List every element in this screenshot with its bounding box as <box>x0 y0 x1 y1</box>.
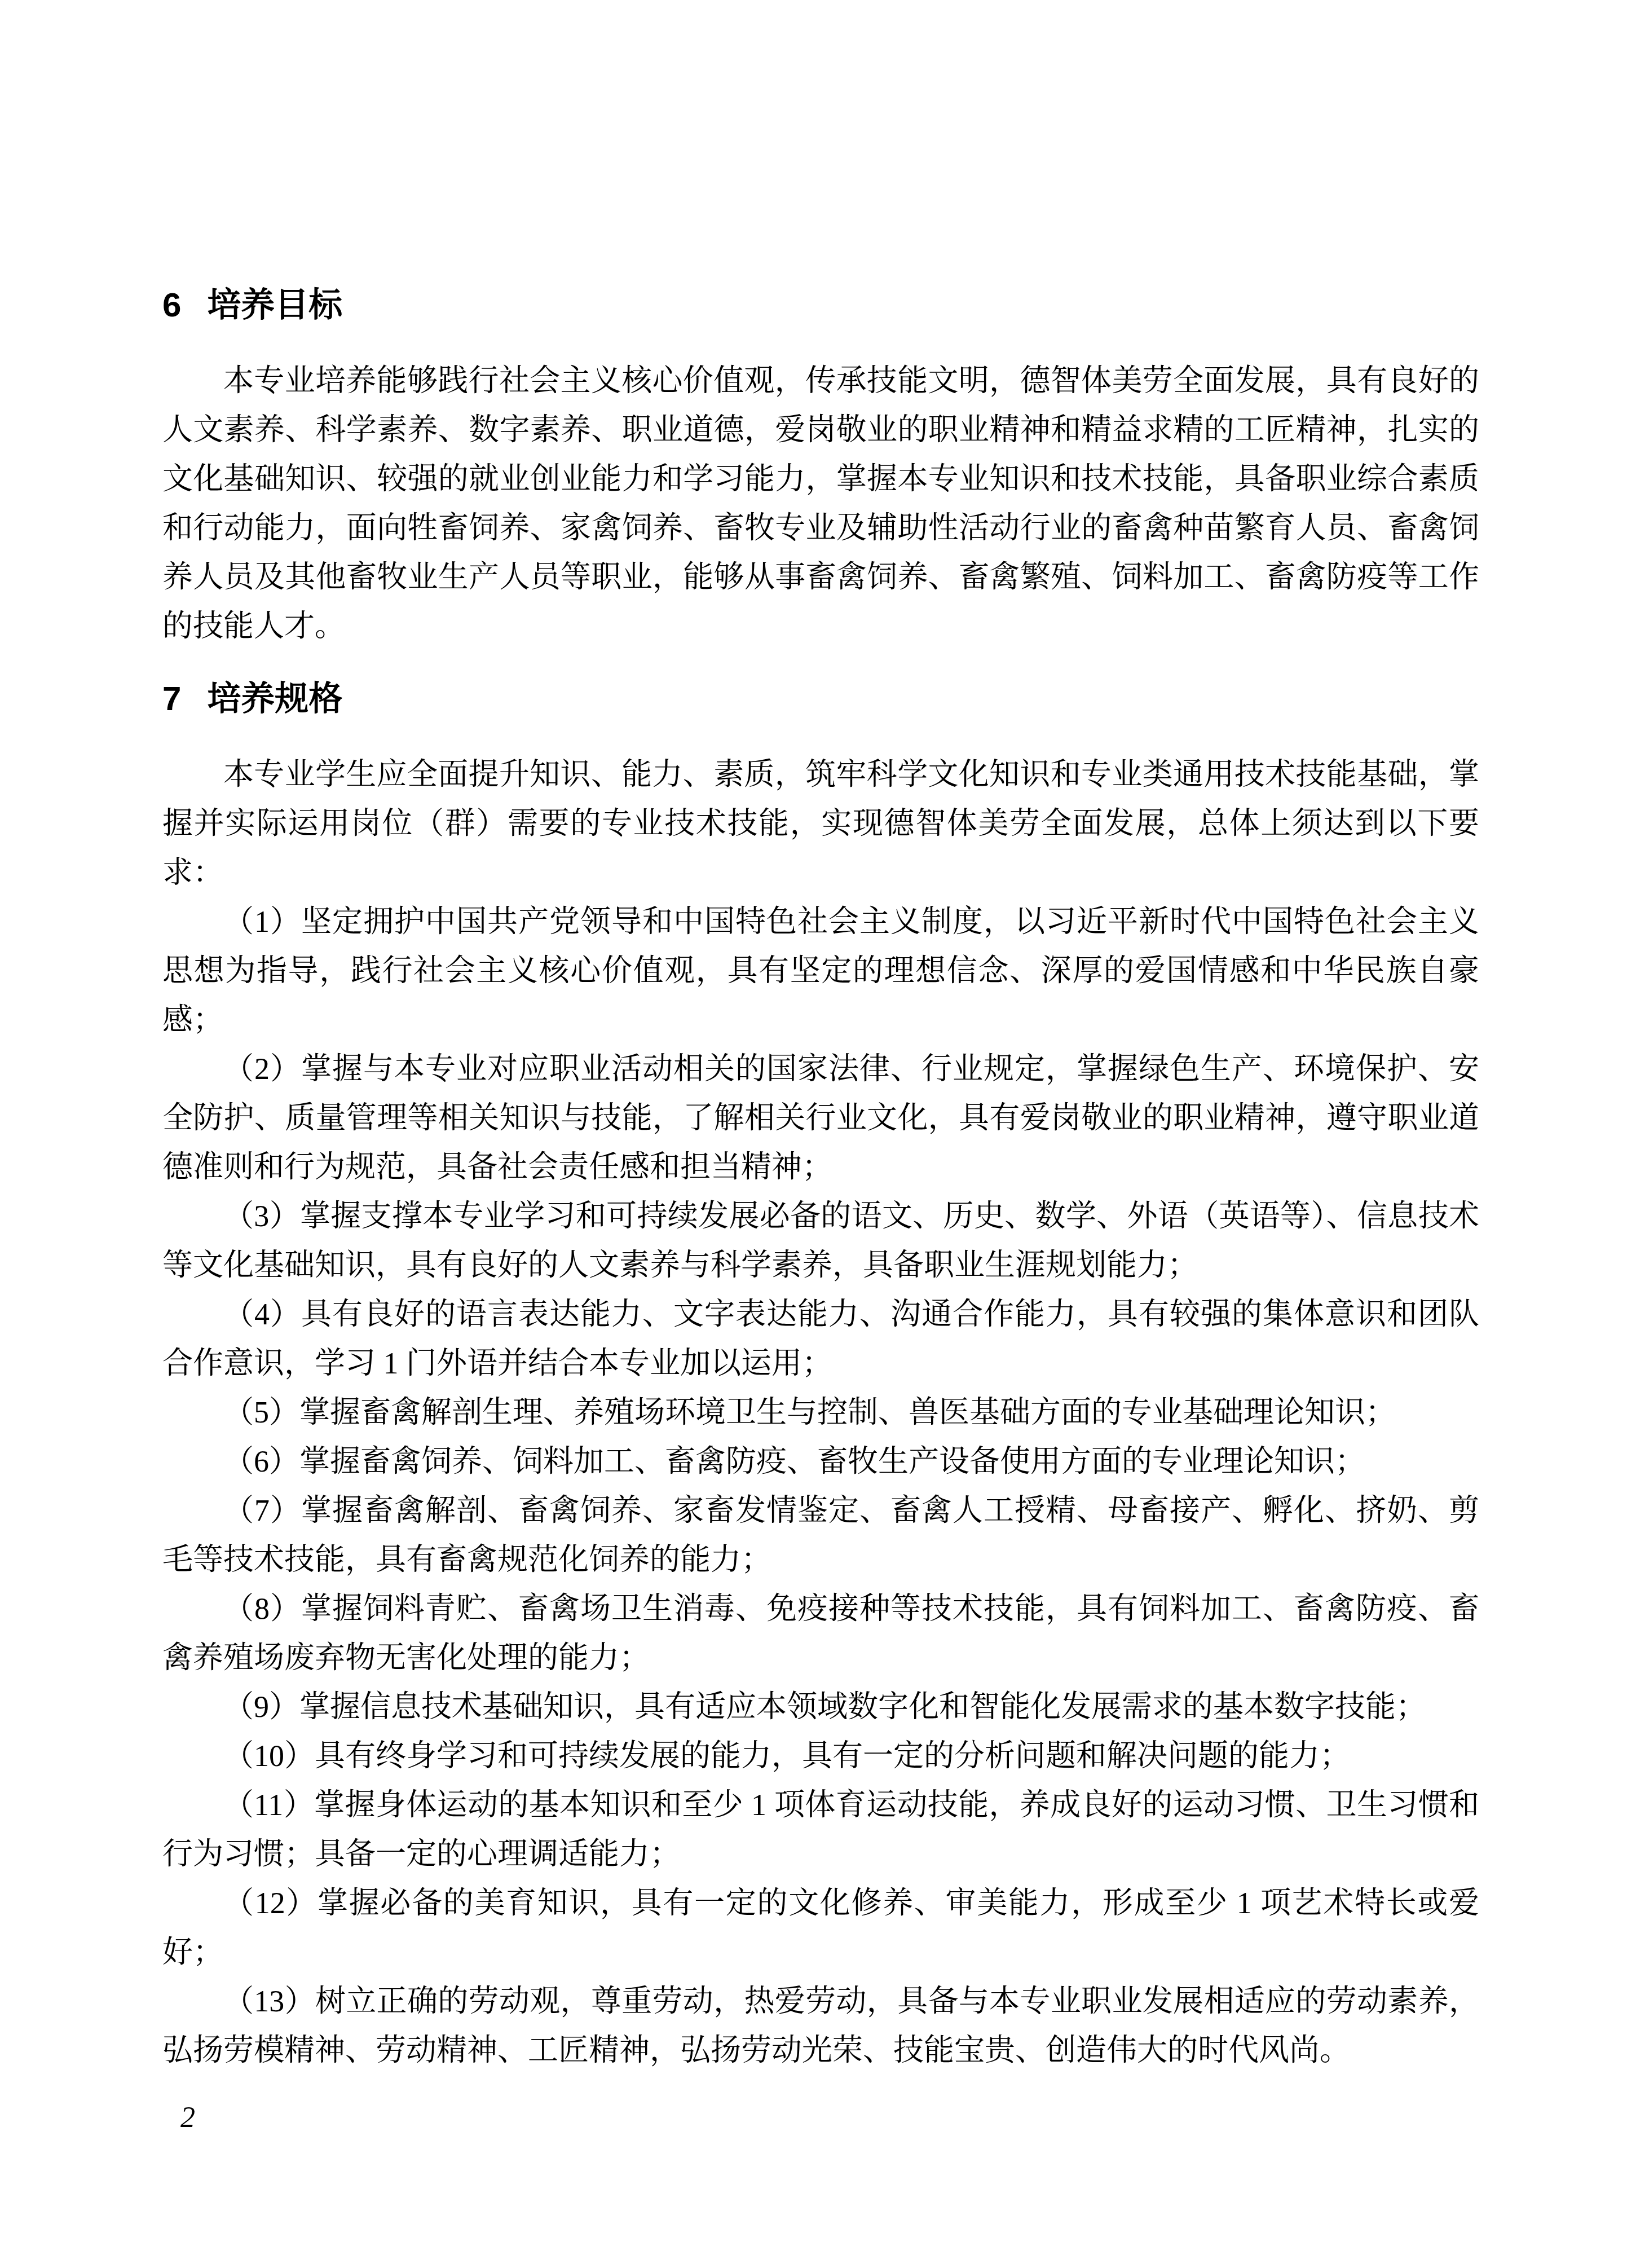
list-item-3: （3）掌握支撑本专业学习和可持续发展必备的语文、历史、数学、外语（英语等）、信息… <box>162 1192 1479 1290</box>
section-number: 6 <box>162 287 181 324</box>
section-heading: 6 培养目标 <box>162 287 1479 324</box>
list-item-12: （12）掌握必备的美育知识，具有一定的文化修养、审美能力，形成至少 1 项艺术特… <box>162 1879 1479 1977</box>
list-item-13: （13）树立正确的劳动观，尊重劳动，热爱劳动，具备与本专业职业发展相适应的劳动素… <box>162 1977 1479 2075</box>
paragraph: 本专业培养能够践行社会主义核心价值观，传承技能文明，德智体美劳全面发展，具有良好… <box>162 356 1479 651</box>
document-page: 6 培养目标 本专业培养能够践行社会主义核心价值观，传承技能文明，德智体美劳全面… <box>0 0 1627 2268</box>
section-title: 培养目标 <box>207 287 342 324</box>
list-item-6: （6）掌握畜禽饲养、饲料加工、畜禽防疫、畜牧生产设备使用方面的专业理论知识； <box>162 1437 1479 1486</box>
list-item-10: （10）具有终身学习和可持续发展的能力，具有一定的分析问题和解决问题的能力； <box>162 1732 1479 1781</box>
section-number: 7 <box>162 680 181 717</box>
list-item-8: （8）掌握饲料青贮、畜禽场卫生消毒、免疫接种等技术技能，具有饲料加工、畜禽防疫、… <box>162 1584 1479 1683</box>
list-item-9: （9）掌握信息技术基础知识，具有适应本领域数字化和智能化发展需求的基本数字技能； <box>162 1683 1479 1732</box>
section-heading: 7 培养规格 <box>162 680 1479 717</box>
list-item-7: （7）掌握畜禽解剖、畜禽饲养、家畜发情鉴定、畜禽人工授精、母畜接产、孵化、挤奶、… <box>162 1486 1479 1584</box>
list-item-11: （11）掌握身体运动的基本知识和至少 1 项体育运动技能，养成良好的运动习惯、卫… <box>162 1781 1479 1879</box>
list-item-1: （1）坚定拥护中国共产党领导和中国特色社会主义制度，以习近平新时代中国特色社会主… <box>162 897 1479 1045</box>
section-title: 培养规格 <box>207 680 342 717</box>
page-number: 2 <box>180 2103 1479 2133</box>
section-training-objectives: 6 培养目标 本专业培养能够践行社会主义核心价值观，传承技能文明，德智体美劳全面… <box>162 287 1479 651</box>
paragraph: 本专业学生应全面提升知识、能力、素质，筑牢科学文化知识和专业类通用技术技能基础，… <box>162 750 1479 897</box>
list-item-5: （5）掌握畜禽解剖生理、养殖场环境卫生与控制、兽医基础方面的专业基础理论知识； <box>162 1388 1479 1437</box>
list-item-2: （2）掌握与本专业对应职业活动相关的国家法律、行业规定，掌握绿色生产、环境保护、… <box>162 1045 1479 1192</box>
list-item-4: （4）具有良好的语言表达能力、文字表达能力、沟通合作能力，具有较强的集体意识和团… <box>162 1290 1479 1388</box>
section-training-specifications: 7 培养规格 本专业学生应全面提升知识、能力、素质，筑牢科学文化知识和专业类通用… <box>162 680 1479 2075</box>
